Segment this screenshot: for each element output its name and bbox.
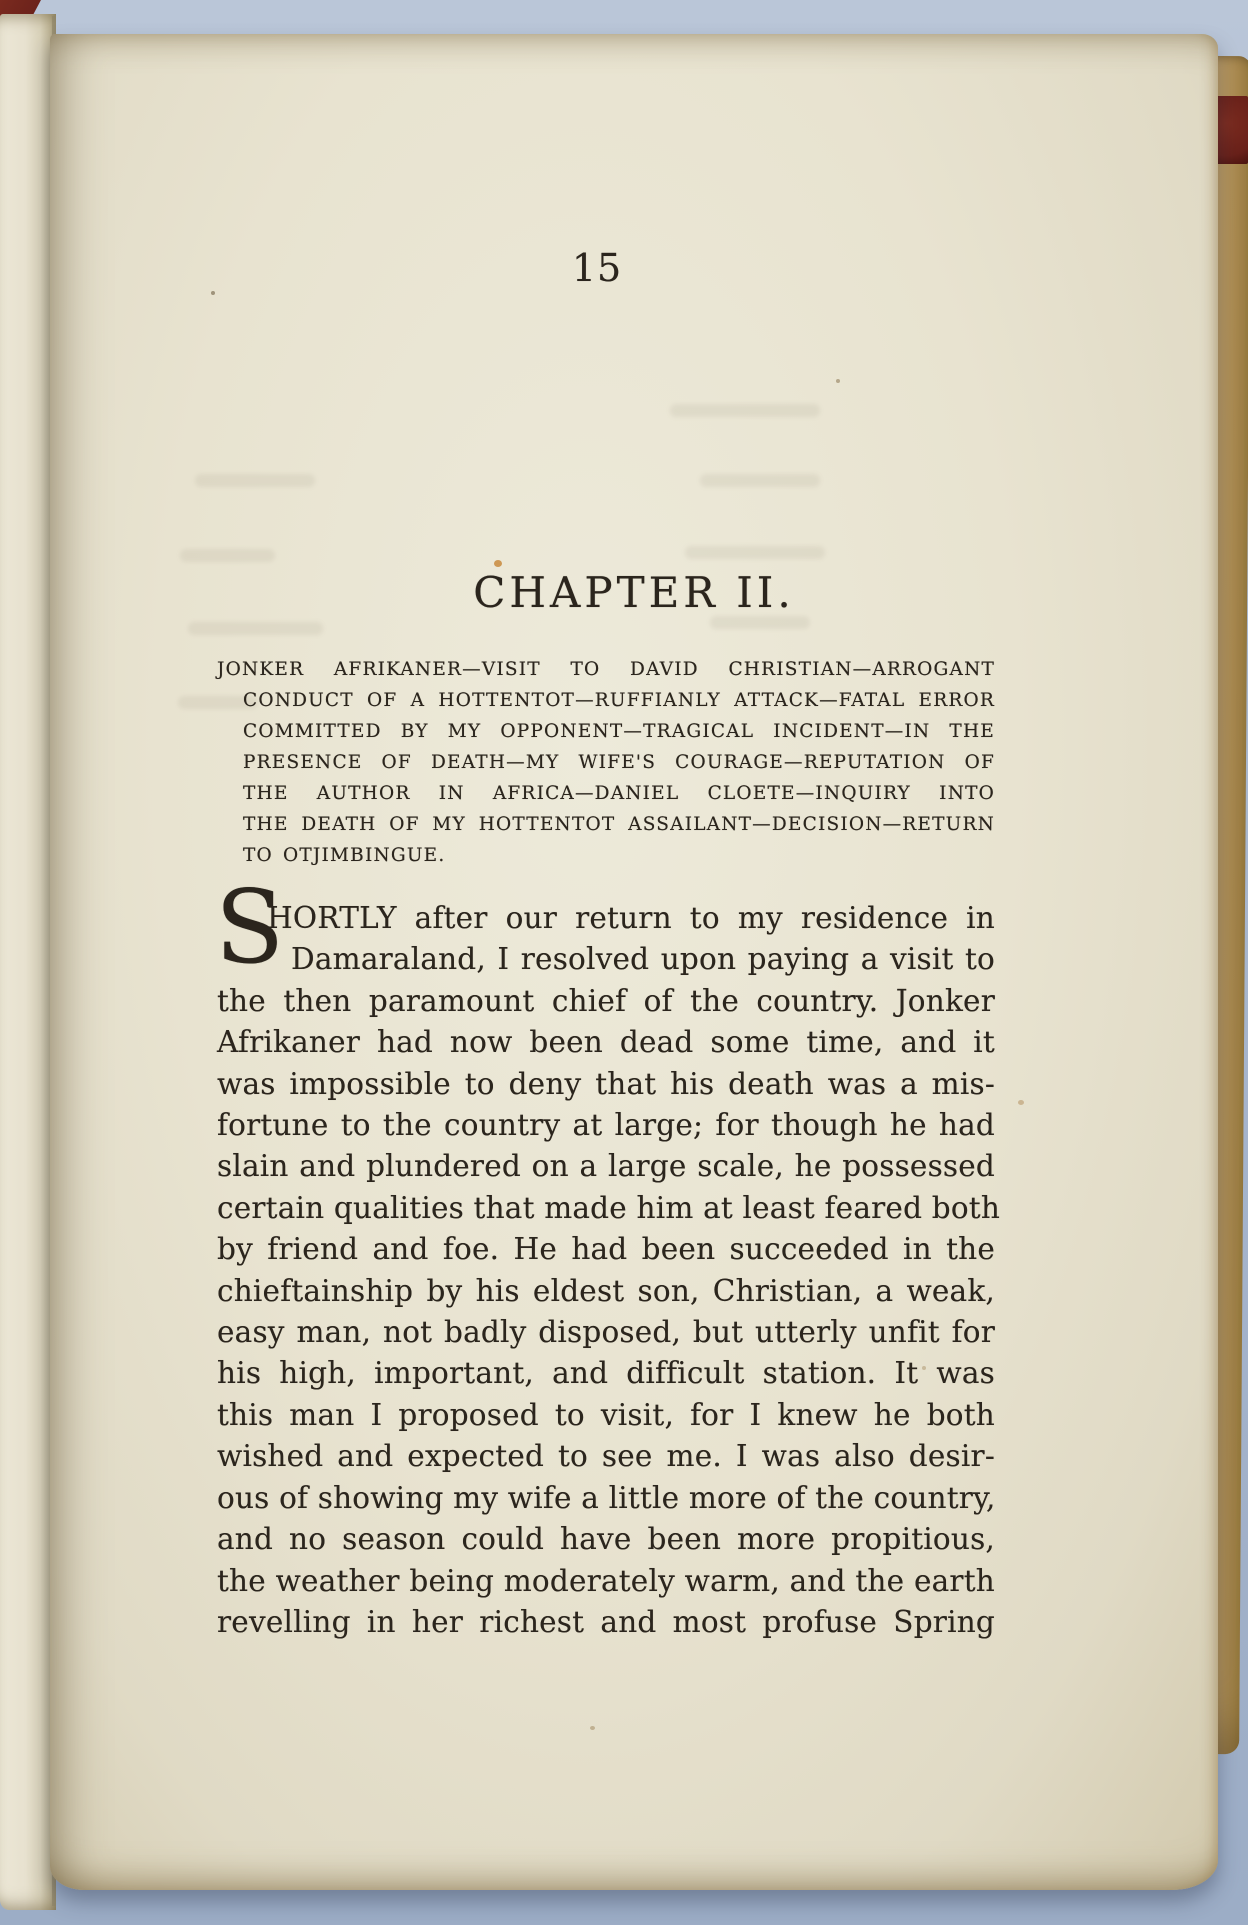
body-text-line: HORTLY after our return to my residence … bbox=[217, 898, 995, 939]
body-text-line: ous of showing my wife a little more of … bbox=[217, 1478, 995, 1519]
paper-speck bbox=[211, 291, 215, 295]
photographed-book-scene: 15 CHAPTER II. JONKER AFRIKANER—VISIT TO… bbox=[0, 0, 1248, 1925]
body-text-line: by friend and foe. He had been succeeded… bbox=[217, 1229, 995, 1270]
body-text-line: slain and plundered on a large scale, he… bbox=[217, 1146, 995, 1187]
body-text-line: chieftainship by his eldest son, Christi… bbox=[217, 1271, 995, 1312]
body-text-line: revelling in her richest and most profus… bbox=[217, 1602, 995, 1643]
show-through-mark bbox=[685, 546, 825, 559]
show-through-mark bbox=[195, 474, 315, 487]
show-through-mark bbox=[188, 622, 323, 635]
paper-speck bbox=[590, 1726, 595, 1730]
body-text-line: the then paramount chief of the country.… bbox=[217, 981, 995, 1022]
body-text-line: Damaraland, I resolved upon paying a vis… bbox=[217, 939, 995, 980]
chapter-heading: CHAPTER II. bbox=[245, 568, 1023, 617]
facing-page-edge bbox=[0, 14, 56, 1910]
summary-line: CONDUCT OF A HOTTENTOT—RUFFIANLY ATTACK—… bbox=[217, 685, 995, 716]
paper-speck bbox=[494, 560, 502, 567]
paper-speck bbox=[836, 379, 840, 383]
summary-line: PRESENCE OF DEATH—MY WIFE'S COURAGE—REPU… bbox=[217, 747, 995, 778]
body-text-line: fortune to the country at large; for tho… bbox=[217, 1105, 995, 1146]
summary-line: JONKER AFRIKANER—VISIT TO DAVID CHRISTIA… bbox=[217, 654, 995, 685]
summary-line: COMMITTED BY MY OPPONENT—TRAGICAL INCIDE… bbox=[217, 716, 995, 747]
paper-speck bbox=[1018, 1100, 1024, 1105]
body-paragraph: S HORTLY after our return to my residenc… bbox=[217, 898, 995, 1643]
book-page: 15 CHAPTER II. JONKER AFRIKANER—VISIT TO… bbox=[50, 34, 1218, 1890]
body-text-line: was impossible to deny that his death wa… bbox=[217, 1064, 995, 1105]
body-text-line: certain qualities that made him at least… bbox=[217, 1188, 995, 1229]
summary-line: THE AUTHOR IN AFRICA—DANIEL CLOETE—INQUI… bbox=[217, 778, 995, 809]
show-through-mark bbox=[700, 474, 820, 487]
show-through-mark bbox=[670, 404, 820, 417]
summary-line: TO OTJIMBINGUE. bbox=[217, 840, 995, 871]
page-number: 15 bbox=[208, 246, 986, 290]
body-text-line: easy man, not badly disposed, but utterl… bbox=[217, 1312, 995, 1353]
body-text-line: the weather being moderately warm, and t… bbox=[217, 1561, 995, 1602]
summary-line: THE DEATH OF MY HOTTENTOT ASSAILANT—DECI… bbox=[217, 809, 995, 840]
chapter-summary: JONKER AFRIKANER—VISIT TO DAVID CHRISTIA… bbox=[217, 654, 995, 871]
show-through-mark bbox=[710, 616, 810, 629]
drop-cap: S bbox=[215, 877, 284, 978]
body-text-line: and no season could have been more propi… bbox=[217, 1519, 995, 1560]
show-through-mark bbox=[180, 549, 275, 562]
body-text-line: this man I proposed to visit, for I knew… bbox=[217, 1395, 995, 1436]
body-text-line: wished and expected to see me. I was als… bbox=[217, 1436, 995, 1477]
body-text-line: Afrikaner had now been dead some time, a… bbox=[217, 1022, 995, 1063]
body-text-line: his high, important, and difficult stati… bbox=[217, 1353, 995, 1394]
